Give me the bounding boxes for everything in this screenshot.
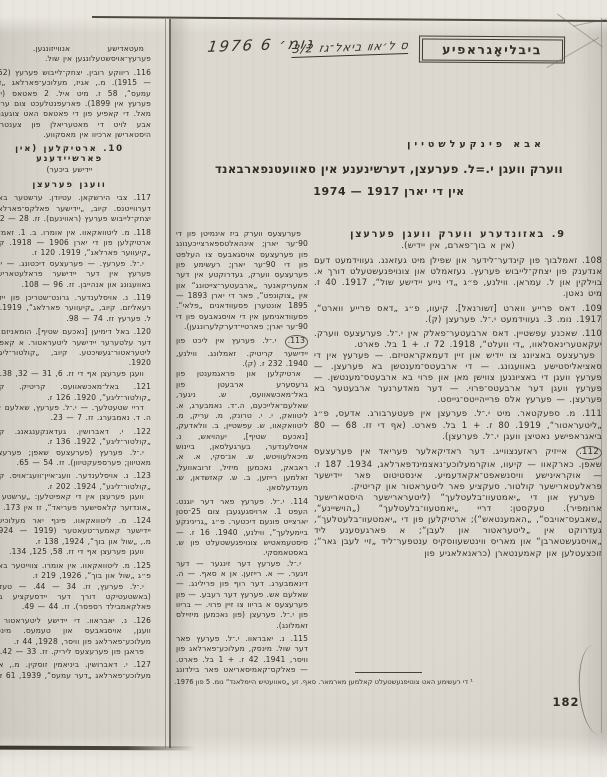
bibliography-entry: 117. צבי הירשקאן. עטיודן. ערשטער באנד. ד… [0, 193, 151, 224]
article-author: אבא פינקעלשטיין [390, 139, 562, 150]
section-heading: (אין א בוך־פארם, אין יידיש). [314, 241, 602, 252]
library-stamp: ביבליאָגראפיע [419, 35, 565, 63]
article-title-line2: אין די יארן 1917 — 1974 [186, 185, 592, 198]
bibliography-entry: 126. נ. יאבראוו. די יידישע ליטעראטור אין… [0, 616, 151, 647]
article-title-line1: ווערק וועגן י.=ל. פערעצן, דערשינענע אין … [186, 162, 592, 176]
spread-fold-line-outer [165, 19, 166, 748]
bibliography-entry: 108. זאמלבוך פון קינדער־לידער און שפילן … [314, 256, 602, 300]
bibliography-entry: 112. אייזיק ראזענצווייג. דער ראדיקאלער פ… [314, 446, 602, 493]
spread-fold-line [169, 19, 171, 748]
adjacent-page-column: מעטאדישע אנווייזונגען. — פערעץ־אויסשטעלו… [0, 44, 151, 702]
section-heading: יידישע ביכער) [0, 165, 151, 175]
bibliography-entry: וועגן פערעצן אף די זז. 6, 31 — 32, 38. [0, 369, 151, 379]
bibliography-entry: וועגן פערעצן אין די קאפיטלען: „ערשטע און… [0, 492, 151, 513]
bibliography-entry: מעטאדישע אנווייזונגען. — פערעץ־אויסשטעלו… [0, 44, 151, 65]
bibliography-entry: 109. דאס פרייע ווארט [זשורנאל]. קיעוו, פ… [314, 304, 602, 326]
bibliography-entry: 121. באל־מאכשאוועס. קריטיק. קיוב, „קולטו… [0, 382, 151, 403]
bibliography-entry: 111. מ. ספעקטאר. מיט י.־ל. פערעצן אין פע… [314, 409, 602, 442]
bibliography-entry: 123. נ. אויסלענדער. וועג־איין־וועג־אויס.… [0, 471, 151, 492]
bibliography-entry: 124. מ. ליטוואקאוו. פינף יאר מעלוכישער י… [0, 516, 151, 547]
bibliography-entry: י.־ל. פערעץ (פערעצעס שאפן; פערעצעס מאטיו… [0, 448, 151, 469]
bibliography-entry: 114. י.־ל. פערעץ פאר דער יוגנט. העפט 1. … [176, 497, 308, 559]
bibliography-entry: 120. באל דימיען [נאכעם שטיף]. הומאניזם א… [0, 327, 151, 369]
bibliography-entry: 116. ריווקע רובין. יצחק־לייבוש פערעץ (18… [0, 68, 151, 141]
pencil-circled-entry-number: 113. [285, 335, 308, 348]
section-heading: 10. ארטיקלען (אין פארשיידענע [0, 144, 151, 165]
bibliography-entry: י.־ל. פערעץ. — פערעצעס דיכטונג. — י.־ל. … [0, 259, 151, 290]
bibliography-entry: י.־ל. פערעץ, זז. 34 — 44. — טעזיסן. (באש… [0, 582, 151, 613]
bibliography-entry: 118. מ. ליטוואקאוו. אין אומרו. ב. 1. זאמ… [0, 228, 151, 259]
bibliography-entry: פראגן פון פערעצעס ליריק. זז. 33 — 42. [0, 647, 151, 657]
bibliography-entry: 110. שאכנע עפשטיין. דאס ארבעטער־פאלק אין… [314, 329, 602, 351]
footnote-separator-rule [355, 672, 422, 673]
scanned-page: מעטאדישע אנווייזונגען. — פערעץ־אויסשטעלו… [0, 0, 607, 777]
section-heading: וועגן פערעצן [0, 180, 151, 190]
bibliography-entry: י.־ל. פערעץ דער זינגער — דער זיגער. — א.… [176, 559, 308, 631]
bibliography-entry: וועגן פערעצן אף די זז. 58, 125, 134. [0, 547, 151, 557]
scan-bottom-edge [0, 746, 195, 750]
bibliography-entry: פערעצעס באציונג צו יידיש און זיין דעמאקר… [314, 351, 602, 406]
bibliography-entry: 119. נ. אויסלענדער. גרונט־שטריכן פון ייד… [0, 293, 151, 324]
bibliography-entry: 115. נ. יאבראוו. י.־ל. פערעץ פאר דער שול… [176, 634, 308, 675]
footnote: ¹ די רעשימע האט צונויפגעשטעלט קאלמען מאר… [174, 678, 473, 686]
stamp-label: ביבליאָגראפיע [421, 38, 562, 61]
bibliography-entry: 122. י. דאברושין. געדאנקענגאנג. קיוב, „ק… [0, 427, 151, 448]
bibliography-entry: 125. מ. ליטוואקאוו. אין אומרו. צווייטער … [0, 561, 151, 582]
bibliography-column-left: פערעצעס ווערק ביז אינמיטן פון די 90־ער י… [176, 229, 308, 675]
bibliography-column-right: 9. באזונדערע ווערק וועגן פערעצן(אין א בו… [314, 226, 602, 678]
bibliography-entry: דריי שטעטלעך. — י.־ל. פערעץ, שאלעם אש, ה… [0, 403, 151, 424]
bibliography-entry: 127. י. דאברושין. ביניאמין זוסקין. מ., א… [0, 660, 151, 681]
pencil-circled-entry-number: 112. [576, 446, 602, 460]
section-heading: 9. באזונדערע ווערק וועגן פערעצן [314, 229, 602, 240]
bibliography-entry: 113. י.־ל. פערעץ אין ליכט פון יידישער קר… [176, 335, 308, 369]
bibliography-entry: פערעצעס ווערק ביז אינמיטן פון די 90־ער י… [176, 229, 308, 332]
handwritten-catalog-note: ס ל׳אװ ביאל־גז 3/2 [292, 38, 410, 56]
bibliography-entry: ארטיקלען און פראגמענטן פון גרעסערע ארבעט… [176, 369, 308, 493]
bibliography-entry: פערעץ און די „יאמטעוו־בלעטלעך“ (ליטערארי… [314, 493, 602, 560]
